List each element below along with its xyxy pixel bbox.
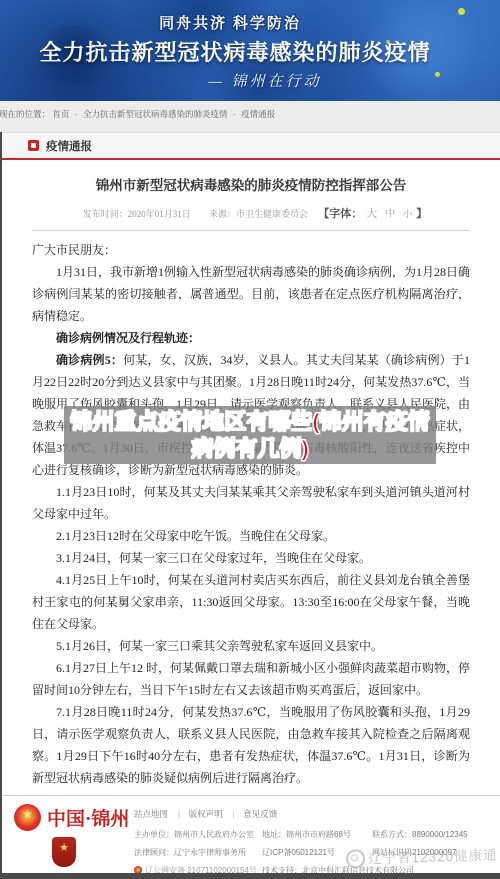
font-size-label-close: 】 [416, 208, 427, 220]
copyright-link[interactable]: 版权声明 [189, 809, 223, 819]
gov-shield-badge-icon[interactable] [52, 837, 76, 867]
footer-row: 主办单位：锦州市人民政府办公室 地址：锦州市市府路68号 联系方式：889000… [134, 829, 494, 840]
paragraph: 广大市民朋友： [32, 239, 470, 261]
article-body: 广大市民朋友： 1月31日，我市新增1例输入性新型冠状病毒感染的肺炎确诊病例，为… [32, 239, 470, 789]
breadcrumb: 现在的位置： 首页 - 全力抗击新型冠状病毒感染的肺炎疫情 - 疫情通报 [0, 101, 500, 132]
footer-info: 站点地图| 版权声明| 意见反馈 主办单位：锦州市人民政府办公室 地址：锦州市市… [134, 808, 494, 879]
sitemap-link[interactable]: 站点地图 [134, 809, 168, 819]
breadcrumb-separator: - [233, 109, 236, 119]
footer-links: 站点地图| 版权声明| 意见反馈 [134, 808, 494, 820]
source: 来源：市卫生健康委员会 [209, 209, 308, 219]
font-size-label: 【字体： [318, 208, 362, 220]
font-size-medium-button[interactable]: 中 [385, 209, 395, 220]
paragraph: 4.1月25日上午10时，何某在头道河村卖店买东西后，前往义县刘龙台镇全善堡村王… [32, 569, 470, 635]
footer-host: 主办单位：锦州市人民政府办公室 [134, 829, 262, 840]
page: 同舟共济 科学防治 全力抗击新型冠状病毒感染的肺炎疫情 — 锦州在行动 现在的位… [0, 0, 500, 879]
paragraph: 6.1月27日上午12 时，何某佩戴口罩去瑞和新城小区小强鲜肉蔬菜超市购物，停留… [32, 657, 470, 701]
banner-title: 全力抗击新型冠状病毒感染的肺炎疫情 [0, 36, 470, 67]
bulletin-icon [28, 140, 39, 151]
paragraph: 1.1月23日10时，何某及其丈夫闫某某乘其父亲驾驶私家车到头道河镇头道河村父母… [32, 481, 470, 525]
banner-slogan: 同舟共济 科学防治 [0, 12, 460, 33]
banner: 同舟共济 科学防治 全力抗击新型冠状病毒感染的肺炎疫情 — 锦州在行动 [0, 0, 500, 101]
footer-legal: 法律顾问：辽宁永字律师事务所 [134, 847, 262, 858]
article-title: 锦州市新型冠状病毒感染的肺炎疫情防控指挥部公告 [32, 174, 470, 194]
footer-address: 地址：锦州市市府路68号 [262, 829, 372, 840]
section-title: 疫情通报 [46, 138, 92, 154]
national-emblem-icon [14, 804, 41, 831]
breadcrumb-home-link[interactable]: 首页 [52, 109, 69, 119]
breadcrumb-current-link[interactable]: 疫情通报 [241, 109, 275, 119]
publish-date: 发布时间：2020年01月31日 [83, 209, 191, 219]
seo-overlay-title: 锦州重点疫情地区有哪些(锦州有疫情病例有几例) [64, 406, 436, 464]
banner-subtitle: — 锦州在行动 [120, 70, 410, 91]
feedback-link[interactable]: 意见反馈 [243, 809, 277, 819]
paragraph: 确诊病例情况及行程轨迹： [32, 327, 470, 349]
content-wrapper: 现在的位置： 首页 - 全力抗击新型冠状病毒感染的肺炎疫情 - 疫情通报 疫情通… [0, 101, 500, 879]
footer-contact: 联系方式：8890000/12345 [372, 829, 494, 840]
paragraph: 2.1月23日12时在父母家中吃午饭。当晚住在父母家。 [32, 525, 470, 547]
paragraph: 7.1月28日晚11时24分，何某发热37.6℃，当晚服用了伤风胶囊和头孢，1月… [32, 701, 470, 789]
font-size-small-button[interactable]: 小 [403, 209, 412, 219]
section-header: 疫情通报 [2, 132, 500, 160]
breadcrumb-separator: - [75, 109, 78, 119]
paragraph: 5.1月26日，何某一家三口乘其父亲驾驶私家车返回义县家中。 [32, 635, 470, 657]
font-size-large-button[interactable]: 大 [366, 208, 377, 220]
article: 锦州市新型冠状病毒感染的肺炎疫情防控指挥部公告 发布时间：2020年01月31日… [2, 160, 500, 838]
footer-brand-block: 中国·锦州 [14, 804, 126, 867]
breadcrumb-prefix: 现在的位置： [0, 109, 50, 119]
bottom-border-bar [0, 873, 500, 879]
footer-brand: 中国·锦州 [47, 804, 129, 831]
molecule-dot [435, 72, 440, 77]
paragraph: 1月31日，我市新增1例输入性新型冠状病毒感染的肺炎确诊病例，为1月28日确诊病… [32, 261, 470, 327]
breadcrumb-topic-link[interactable]: 全力抗击新型冠状病毒感染的肺炎疫情 [83, 109, 228, 119]
paragraph: 3.1月24日，何某一家三口在父母家过年，当晚住在父母家。 [32, 547, 470, 569]
article-meta: 发布时间：2020年01月31日 来源：市卫生健康委员会 【字体：大中小】 [32, 205, 470, 231]
health-watermark-logo-icon [346, 848, 366, 868]
